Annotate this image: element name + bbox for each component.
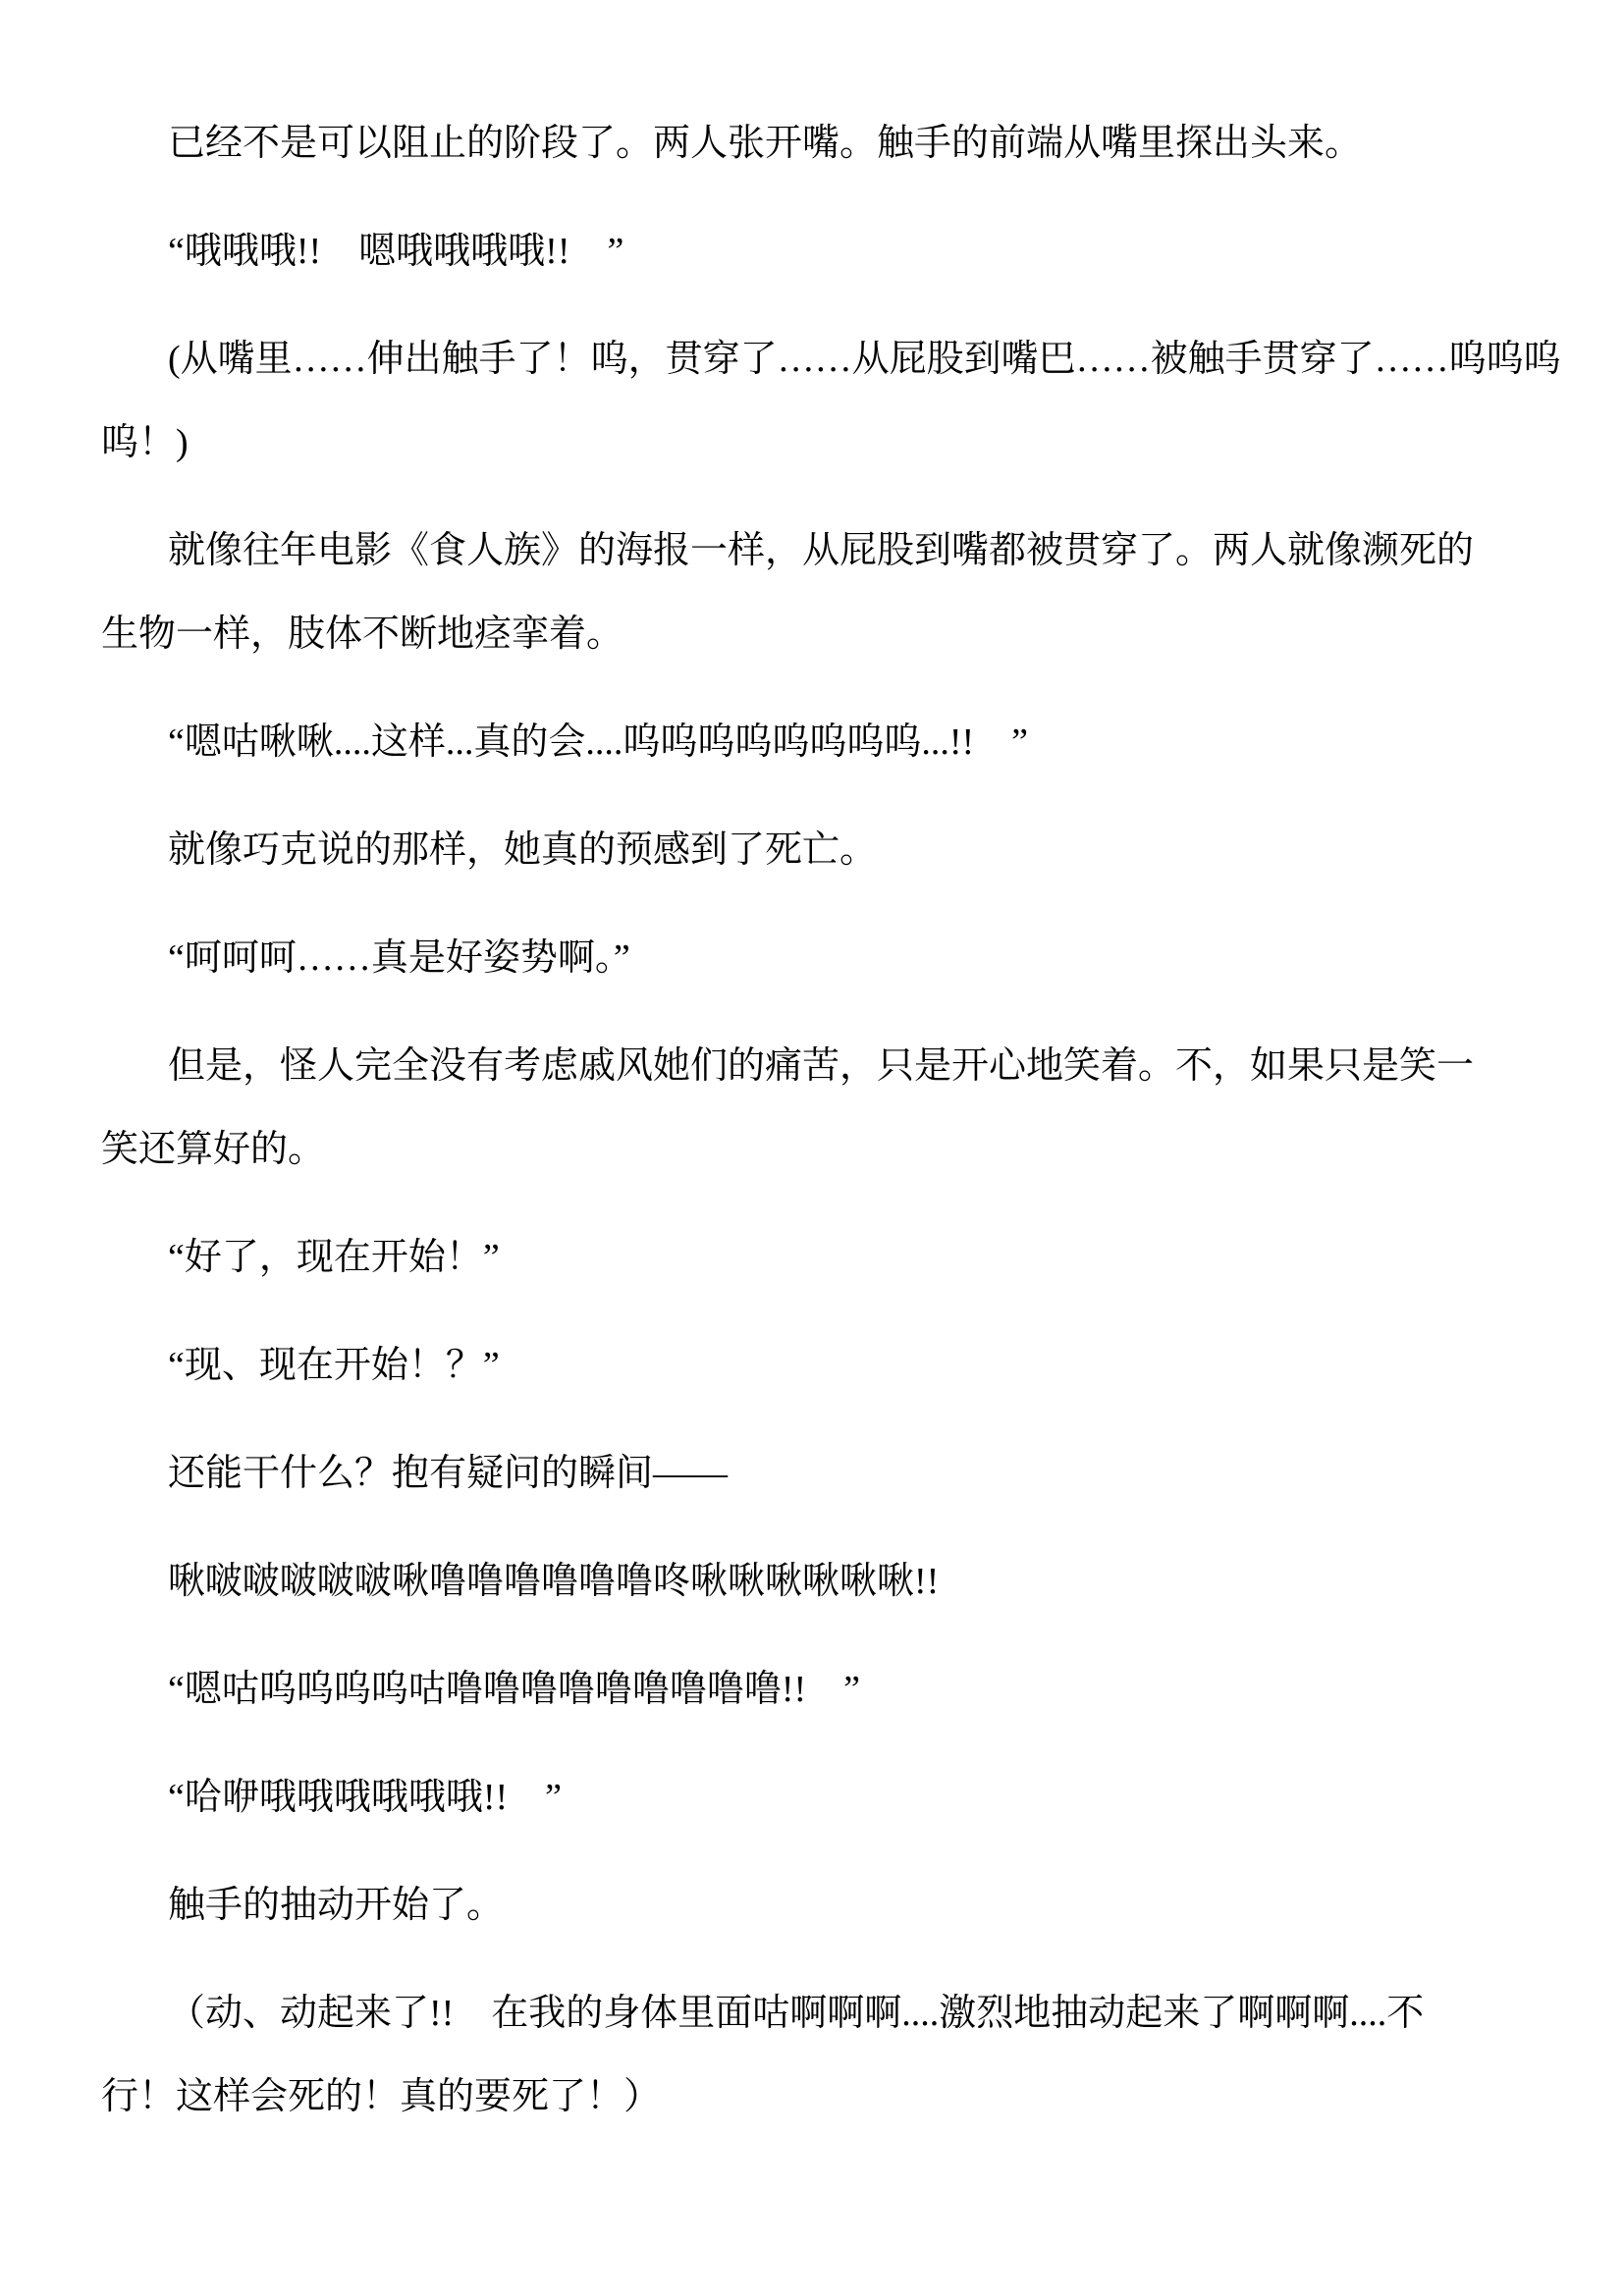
text-line: 呜！)	[101, 401, 1526, 485]
paragraph: 就像往年电影《食人族》的海报一样，从屁股到嘴都被贯穿了。两人就像濒死的 生物一样…	[101, 509, 1526, 676]
paragraph: 已经不是可以阻止的阶段了。两人张开嘴。触手的前端从嘴里探出头来。	[101, 102, 1526, 186]
paragraph: “呵呵呵……真是好姿势啊。”	[101, 917, 1526, 1000]
paragraph: 触手的抽动开始了。	[101, 1864, 1526, 1948]
text-line: “哈咿哦哦哦哦哦哦!! ”	[101, 1756, 1526, 1840]
document-body: 已经不是可以阻止的阶段了。两人张开嘴。触手的前端从嘴里探出头来。 “哦哦哦!! …	[0, 0, 1624, 2139]
paragraph: “嗯咕啾啾....这样...真的会....呜呜呜呜呜呜呜呜...!! ”	[101, 701, 1526, 784]
text-line: “现、现在开始！？”	[101, 1324, 1526, 1408]
paragraph: “哈咿哦哦哦哦哦哦!! ”	[101, 1756, 1526, 1840]
paragraph: 但是，怪人完全没有考虑戚风她们的痛苦，只是开心地笑着。不，如果只是笑一 笑还算好…	[101, 1025, 1526, 1192]
text-line: 触手的抽动开始了。	[101, 1864, 1526, 1948]
text-line: 笑还算好的。	[101, 1108, 1526, 1192]
text-line: “嗯咕啾啾....这样...真的会....呜呜呜呜呜呜呜呜...!! ”	[101, 701, 1526, 784]
text-line: “嗯咕呜呜呜呜咕噜噜噜噜噜噜噜噜噜!! ”	[101, 1648, 1526, 1732]
paragraph: “现、现在开始！？”	[101, 1324, 1526, 1408]
paragraph: （动、动起来了!! 在我的身体里面咕啊啊啊....激烈地抽动起来了啊啊啊....…	[101, 1972, 1526, 2139]
paragraph: 就像巧克说的那样，她真的预感到了死亡。	[101, 809, 1526, 892]
paragraph: 还能干什么？抱有疑问的瞬间——	[101, 1432, 1526, 1516]
text-line: 就像巧克说的那样，她真的预感到了死亡。	[101, 809, 1526, 892]
text-line: “呵呵呵……真是好姿势啊。”	[101, 917, 1526, 1000]
text-line: 行！这样会死的！真的要死了！）	[101, 2056, 1526, 2139]
text-line: “好了，现在开始！”	[101, 1216, 1526, 1300]
paragraph: “哦哦哦!! 嗯哦哦哦哦!! ”	[101, 210, 1526, 294]
text-line: 但是，怪人完全没有考虑戚风她们的痛苦，只是开心地笑着。不，如果只是笑一	[101, 1025, 1526, 1108]
text-line: 还能干什么？抱有疑问的瞬间——	[101, 1432, 1526, 1516]
paragraph: 啾啵啵啵啵啵啾噜噜噜噜噜噜咚啾啾啾啾啾啾!!	[101, 1540, 1526, 1624]
text-line: 已经不是可以阻止的阶段了。两人张开嘴。触手的前端从嘴里探出头来。	[101, 102, 1526, 186]
text-line: (从嘴里……伸出触手了！呜，贯穿了……从屁股到嘴巴……被触手贯穿了……呜呜呜	[101, 318, 1526, 401]
text-line: 啾啵啵啵啵啵啾噜噜噜噜噜噜咚啾啾啾啾啾啾!!	[101, 1540, 1526, 1624]
text-line: 就像往年电影《食人族》的海报一样，从屁股到嘴都被贯穿了。两人就像濒死的	[101, 509, 1526, 593]
paragraph: “嗯咕呜呜呜呜咕噜噜噜噜噜噜噜噜噜!! ”	[101, 1648, 1526, 1732]
document-page: 已经不是可以阻止的阶段了。两人张开嘴。触手的前端从嘴里探出头来。 “哦哦哦!! …	[0, 0, 1624, 2296]
paragraph: “好了，现在开始！”	[101, 1216, 1526, 1300]
paragraph: (从嘴里……伸出触手了！呜，贯穿了……从屁股到嘴巴……被触手贯穿了……呜呜呜 呜…	[101, 318, 1526, 485]
text-line: （动、动起来了!! 在我的身体里面咕啊啊啊....激烈地抽动起来了啊啊啊....…	[101, 1972, 1526, 2056]
text-line: “哦哦哦!! 嗯哦哦哦哦!! ”	[101, 210, 1526, 294]
text-line: 生物一样，肢体不断地痉挛着。	[101, 593, 1526, 676]
